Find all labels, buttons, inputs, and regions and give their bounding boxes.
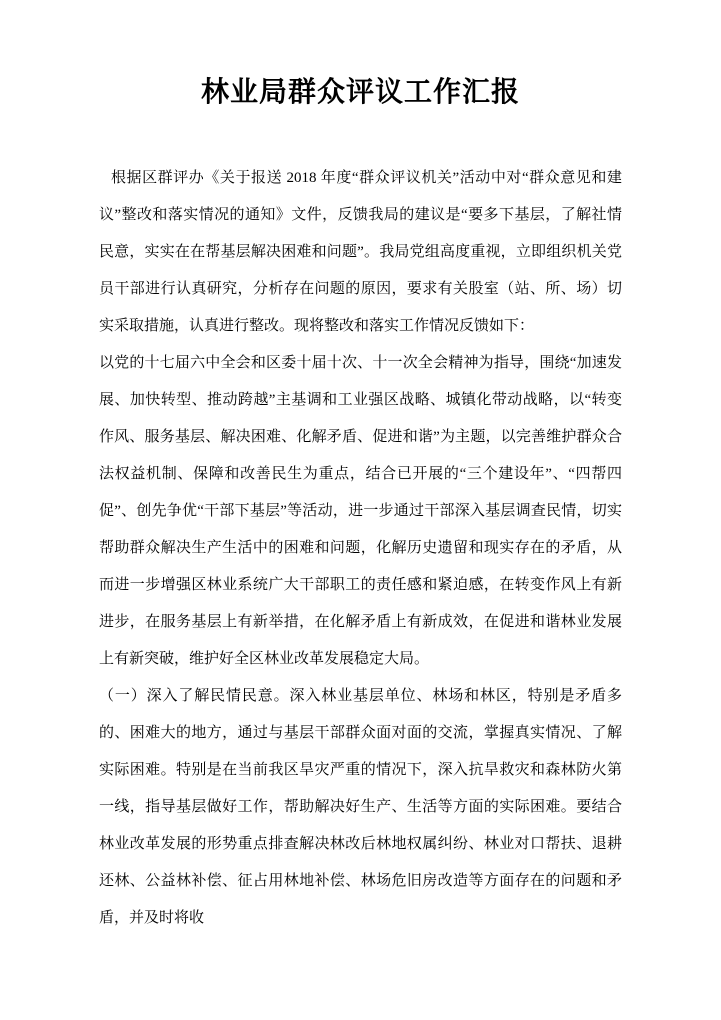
document-page: 林业局群众评议工作汇报 根据区群评办《关于报送 2018 年度“群众评议机关”活… — [0, 0, 721, 1020]
document-title: 林业局群众评议工作汇报 — [99, 72, 622, 114]
paragraph-section-one: （一）深入了解民情民意。深入林业基层单位、林场和林区，特别是矛盾多的、困难大的地… — [99, 678, 622, 937]
paragraph-guiding-principles: 以党的十七届六中全会和区委十届十次、十一次全会精神为指导，围绕“加速发展、加快转… — [99, 345, 622, 678]
document-body: 根据区群评办《关于报送 2018 年度“群众评议机关”活动中对“群众意见和建议”… — [99, 160, 622, 937]
paragraph-intro: 根据区群评办《关于报送 2018 年度“群众评议机关”活动中对“群众意见和建议”… — [99, 160, 622, 345]
